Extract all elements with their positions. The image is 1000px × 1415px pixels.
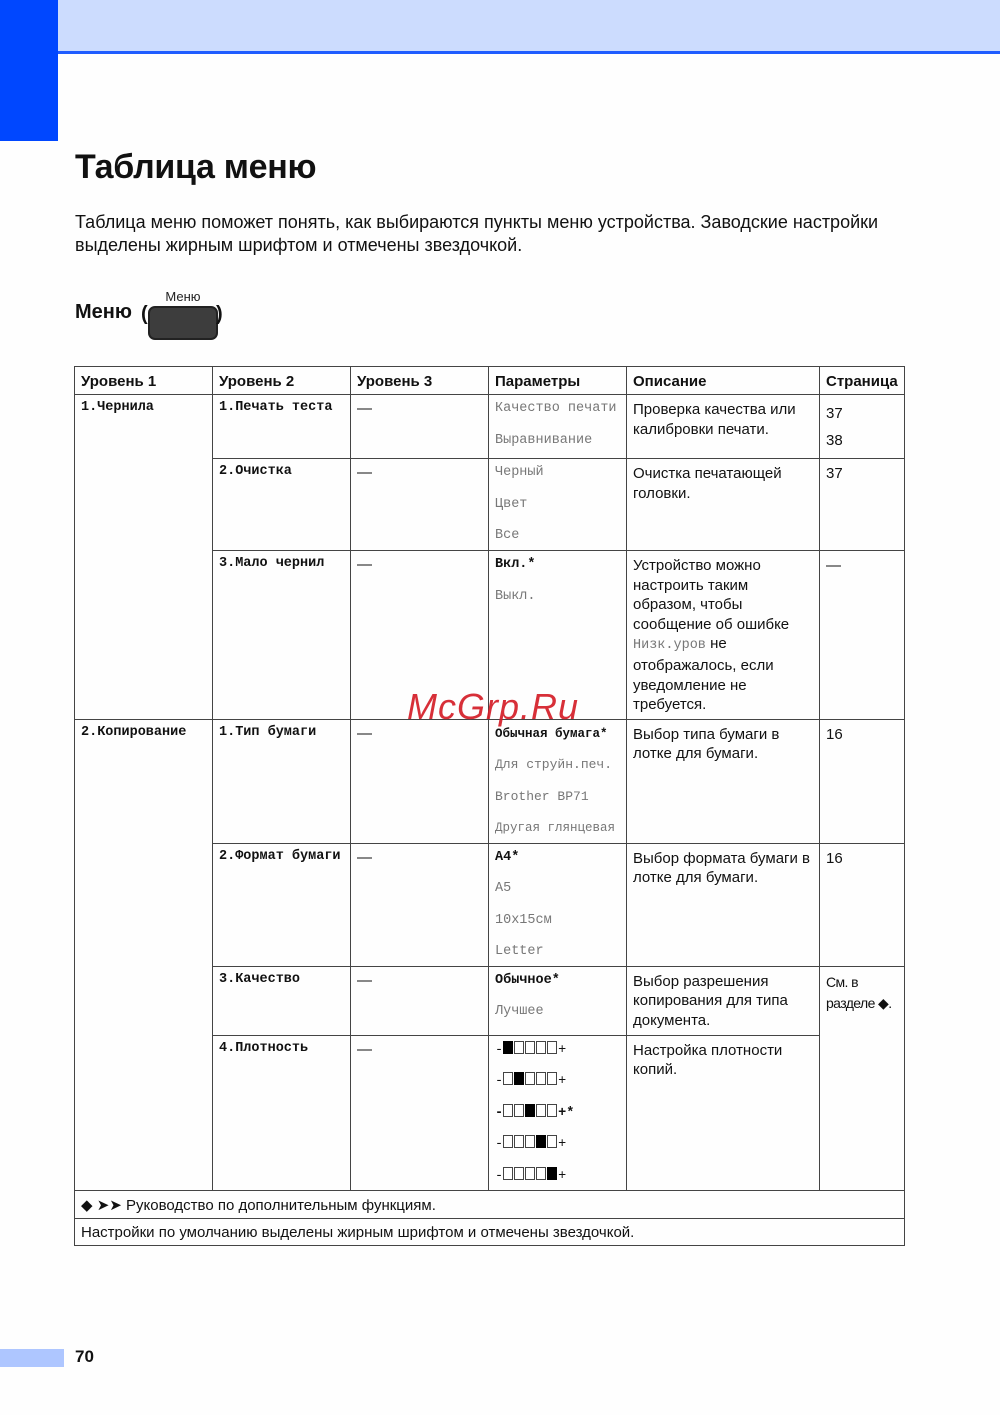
filled-level-box-icon bbox=[547, 1167, 557, 1180]
density-level-option: -+ bbox=[495, 1041, 620, 1073]
empty-level-box-icon bbox=[536, 1072, 546, 1085]
menu-table: Уровень 1 Уровень 2 Уровень 3 Параметры … bbox=[74, 366, 905, 1246]
param-option-default: A4* bbox=[495, 849, 620, 881]
intro-paragraph: Таблица меню поможет понять, как выбираю… bbox=[75, 211, 895, 257]
param-option: Выравнивание bbox=[495, 432, 620, 450]
empty-level-box-icon bbox=[525, 1167, 535, 1180]
empty-level-box-icon bbox=[547, 1135, 557, 1148]
description-cell: Выбор формата бумаги в лотке для бумаги. bbox=[627, 843, 820, 966]
param-option: Все bbox=[495, 527, 620, 545]
level2-cell: 3.Качество bbox=[213, 966, 351, 1035]
params-cell: A4* A5 10x15см Letter bbox=[489, 843, 627, 966]
empty-level-box-icon bbox=[525, 1135, 535, 1148]
empty-level-box-icon bbox=[514, 1167, 524, 1180]
lcd-message: Низк.уров bbox=[633, 638, 706, 653]
footnote-defaults: Настройки по умолчанию выделены жирным ш… bbox=[75, 1218, 905, 1245]
level2-cell: 1.Печать теста bbox=[213, 395, 351, 459]
menu-key-icon bbox=[148, 306, 218, 340]
param-option: Цвет bbox=[495, 496, 620, 528]
filled-level-box-icon bbox=[514, 1072, 524, 1085]
chapter-tab-block bbox=[0, 0, 58, 141]
page-number: 70 bbox=[75, 1347, 94, 1367]
level2-cell: 3.Мало чернил bbox=[213, 551, 351, 720]
description-cell: Устройство можно настроить таким образом… bbox=[627, 551, 820, 720]
param-option-default: Вкл.* bbox=[495, 556, 620, 588]
footnote-row: ◆ ➤➤ Руководство по дополнительным функц… bbox=[75, 1190, 905, 1218]
col-header-level2: Уровень 2 bbox=[213, 367, 351, 395]
header-band bbox=[58, 0, 1000, 54]
params-cell: Черный Цвет Все bbox=[489, 459, 627, 551]
empty-level-box-icon bbox=[536, 1167, 546, 1180]
page-cell-see-section: См. в разделе ◆. bbox=[820, 966, 905, 1190]
footnote-row: Настройки по умолчанию выделены жирным ш… bbox=[75, 1218, 905, 1245]
density-level-option: -+ bbox=[495, 1072, 620, 1104]
description-cell: Выбор типа бумаги в лотке для бумаги. bbox=[627, 719, 820, 843]
filled-level-box-icon bbox=[525, 1104, 535, 1117]
page-cell: 16 bbox=[820, 719, 905, 843]
empty-level-box-icon bbox=[536, 1104, 546, 1117]
param-option: Letter bbox=[495, 943, 620, 961]
empty-level-box-icon bbox=[503, 1072, 513, 1085]
table-row: 1.Чернила 1.Печать теста — Качество печа… bbox=[75, 395, 905, 459]
page-cell: 37 38 bbox=[820, 395, 905, 459]
level2-cell: 2.Очистка bbox=[213, 459, 351, 551]
plus-sign: + bbox=[558, 1169, 566, 1184]
plus-sign: + bbox=[558, 1074, 566, 1089]
table-header-row: Уровень 1 Уровень 2 Уровень 3 Параметры … bbox=[75, 367, 905, 395]
menu-section-heading: Меню bbox=[75, 301, 132, 324]
watermark: McGrp.Ru bbox=[407, 686, 579, 728]
col-header-params: Параметры bbox=[489, 367, 627, 395]
filled-level-box-icon bbox=[536, 1135, 546, 1148]
minus-sign: - bbox=[495, 1074, 503, 1089]
empty-level-box-icon bbox=[547, 1072, 557, 1085]
description-text: Устройство можно настроить таким образом… bbox=[633, 557, 789, 633]
page-number-bar bbox=[0, 1349, 64, 1367]
close-paren: ) bbox=[216, 303, 223, 326]
param-option: 10x15см bbox=[495, 912, 620, 944]
open-paren: ( bbox=[141, 303, 148, 326]
col-header-page: Страница bbox=[820, 367, 905, 395]
plus-sign: + bbox=[558, 1043, 566, 1058]
level3-cell: — bbox=[351, 966, 489, 1035]
footnote-advanced-guide: ◆ ➤➤ Руководство по дополнительным функц… bbox=[75, 1190, 905, 1218]
param-option: Качество печати bbox=[495, 400, 620, 432]
empty-level-box-icon bbox=[514, 1041, 524, 1054]
plus-sign: +* bbox=[558, 1106, 574, 1121]
params-cell: Обычная бумага* Для струйн.печ. Brother … bbox=[489, 719, 627, 843]
level2-cell: 2.Формат бумаги bbox=[213, 843, 351, 966]
density-params-cell: -+-+-+*-+-+ bbox=[489, 1035, 627, 1190]
param-option: Выкл. bbox=[495, 588, 620, 620]
level3-cell: — bbox=[351, 1035, 489, 1190]
empty-level-box-icon bbox=[547, 1041, 557, 1054]
empty-level-box-icon bbox=[503, 1167, 513, 1180]
param-option: Для струйн.печ. bbox=[495, 756, 620, 788]
params-cell: Качество печати Выравнивание bbox=[489, 395, 627, 459]
param-option: Лучшее bbox=[495, 1003, 620, 1021]
page-cell: 37 bbox=[820, 459, 905, 551]
empty-level-box-icon bbox=[525, 1072, 535, 1085]
param-option: Черный bbox=[495, 464, 620, 496]
density-level-option: -+ bbox=[495, 1135, 620, 1167]
minus-sign: - bbox=[495, 1106, 503, 1121]
empty-level-box-icon bbox=[514, 1135, 524, 1148]
menu-key-illustration: Меню bbox=[148, 289, 218, 340]
params-cell: Обычное* Лучшее bbox=[489, 966, 627, 1035]
empty-level-box-icon bbox=[547, 1104, 557, 1117]
page-cell: — bbox=[820, 551, 905, 720]
empty-level-box-icon bbox=[503, 1135, 513, 1148]
description-cell: Выбор разрешения копирования для типа до… bbox=[627, 966, 820, 1035]
density-level-option: -+* bbox=[495, 1104, 620, 1136]
level3-cell: — bbox=[351, 843, 489, 966]
page-ref: 37 bbox=[826, 464, 898, 483]
page-ref: — bbox=[826, 556, 898, 575]
param-option: Другая глянцевая bbox=[495, 819, 620, 837]
level1-cell: 1.Чернила bbox=[75, 395, 213, 720]
page-ref: 38 bbox=[826, 427, 898, 454]
empty-level-box-icon bbox=[525, 1041, 535, 1054]
page-ref: 16 bbox=[826, 725, 898, 744]
page-ref: 16 bbox=[826, 849, 898, 868]
page-title: Таблица меню bbox=[75, 148, 316, 187]
param-option: Brother BP71 bbox=[495, 788, 620, 820]
table-row: 2.Копирование 1.Тип бумаги — Обычная бум… bbox=[75, 719, 905, 843]
description-cell: Настройка плотности копий. bbox=[627, 1035, 820, 1190]
level3-cell: — bbox=[351, 395, 489, 459]
col-header-description: Описание bbox=[627, 367, 820, 395]
plus-sign: + bbox=[558, 1137, 566, 1152]
param-option: A5 bbox=[495, 880, 620, 912]
minus-sign: - bbox=[495, 1137, 503, 1152]
description-cell: Очистка печатающей головки. bbox=[627, 459, 820, 551]
minus-sign: - bbox=[495, 1043, 503, 1058]
description-cell: Проверка качества или калибровки печати. bbox=[627, 395, 820, 459]
col-header-level1: Уровень 1 bbox=[75, 367, 213, 395]
level2-cell: 4.Плотность bbox=[213, 1035, 351, 1190]
level3-cell: — bbox=[351, 719, 489, 843]
level1-cell: 2.Копирование bbox=[75, 719, 213, 1190]
level3-cell: — bbox=[351, 459, 489, 551]
col-header-level3: Уровень 3 bbox=[351, 367, 489, 395]
density-level-option: -+ bbox=[495, 1167, 620, 1186]
param-option-default: Обычное* bbox=[495, 972, 620, 1004]
filled-level-box-icon bbox=[503, 1041, 513, 1054]
param-option-default: Обычная бумага* bbox=[495, 725, 620, 757]
level2-cell: 1.Тип бумаги bbox=[213, 719, 351, 843]
page-cell: 16 bbox=[820, 843, 905, 966]
menu-key-label: Меню bbox=[148, 289, 218, 304]
empty-level-box-icon bbox=[514, 1104, 524, 1117]
minus-sign: - bbox=[495, 1169, 503, 1184]
page-ref: 37 bbox=[826, 400, 898, 427]
empty-level-box-icon bbox=[503, 1104, 513, 1117]
empty-level-box-icon bbox=[536, 1041, 546, 1054]
